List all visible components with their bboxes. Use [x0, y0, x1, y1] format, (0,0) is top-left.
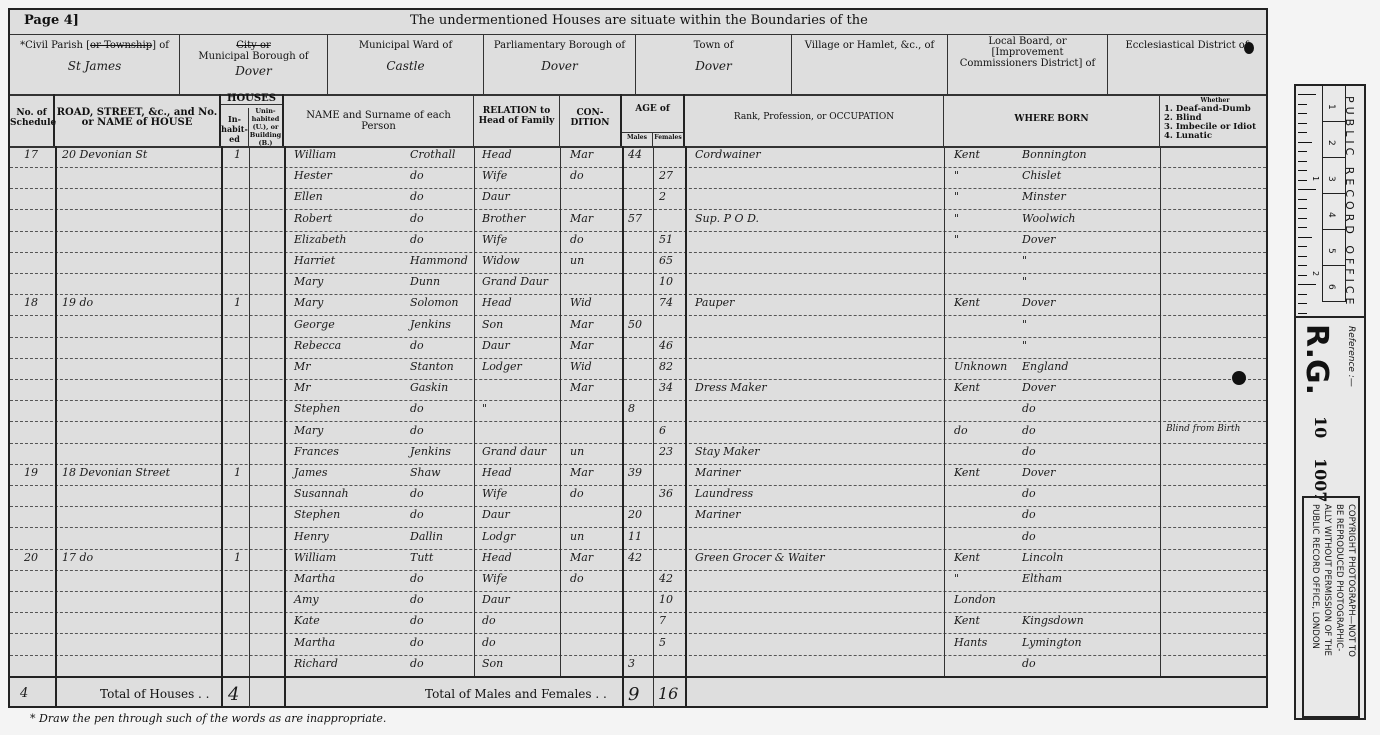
table-row: 1819 do1MarySolomonHeadWid74PauperKentDo…	[10, 294, 1266, 316]
row-surname: do	[410, 636, 424, 649]
row-born-county: Kent	[954, 381, 980, 394]
row-surname: Tutt	[410, 551, 433, 564]
ruler-tick	[1298, 256, 1307, 257]
table-row: HenryDallinLodgrun11do	[10, 528, 1266, 550]
ruler-tick	[1298, 151, 1307, 152]
row-surname: Gaskin	[410, 381, 448, 394]
row-relation: Daur	[482, 339, 510, 352]
table-row: RicharddoSon3do	[10, 655, 1266, 677]
row-forename: Stephen	[294, 402, 340, 415]
boundary-town: Town of Dover	[636, 34, 792, 94]
boundary-value: Castle	[328, 59, 483, 73]
row-surname: do	[410, 233, 424, 246]
row-inhabited: 1	[234, 296, 241, 309]
row-male-age: 11	[628, 530, 642, 543]
row-born-place: do	[1022, 424, 1036, 437]
ruler-tick	[1298, 246, 1307, 247]
reference-piece: 10	[1311, 416, 1330, 438]
row-surname: do	[410, 212, 424, 225]
row-forename: George	[294, 318, 335, 331]
row-female-age: 10	[659, 593, 673, 606]
ruler-tick	[1298, 142, 1312, 143]
row-forename: Ellen	[294, 190, 323, 203]
boundary-label: *Civil Parish [	[20, 40, 90, 51]
row-surname: do	[410, 572, 424, 585]
copyright-notice: COPYRIGHT PHOTOGRAPH—NOT TO BE REPRODUCE…	[1302, 496, 1360, 718]
row-surname: Dunn	[410, 275, 440, 288]
ruler-tick	[1298, 208, 1307, 209]
copyright-line: BE REPRODUCED PHOTOGRAPHIC-	[1334, 504, 1344, 651]
census-rows: 1720 Devonian St1WilliamCrothallHeadMar4…	[10, 146, 1266, 676]
row-female-age: 10	[659, 275, 673, 288]
row-male-age: 3	[628, 657, 635, 670]
row-surname: do	[410, 614, 424, 627]
row-condition: Mar	[570, 339, 593, 352]
row-surname: Jenkins	[410, 445, 451, 458]
row-road: 18 Devonian Street	[62, 466, 170, 479]
table-row: RobertdoBrotherMar57Sup. P O D."Woolwich	[10, 210, 1266, 232]
row-surname: Crothall	[410, 148, 455, 161]
row-condition: Wid	[570, 360, 592, 373]
boundary-label: Parliamentary Borough of	[484, 40, 635, 51]
row-occupation: Laundress	[695, 487, 753, 500]
row-relation: "	[482, 402, 487, 415]
row-born-place: Dover	[1022, 466, 1055, 479]
row-condition: Mar	[570, 551, 593, 564]
row-forename: Harriet	[294, 254, 335, 267]
row-relation: Wife	[482, 169, 507, 182]
ruler-tick	[1298, 113, 1307, 114]
row-born-place: do	[1022, 445, 1036, 458]
row-relation: Lodgr	[482, 530, 515, 543]
row-relation: Grand daur	[482, 445, 546, 458]
row-female-age: 74	[659, 296, 673, 309]
row-surname: Solomon	[410, 296, 458, 309]
row-relation: do	[482, 636, 496, 649]
row-forename: William	[294, 551, 336, 564]
row-male-age: 8	[628, 402, 635, 415]
table-row: MarthadoWifedo42"Eltham	[10, 570, 1266, 592]
archive-reference-strip: 12345612 PUBLIC RECORD OFFICE Reference …	[1294, 84, 1366, 720]
row-born-place: "	[1022, 275, 1027, 288]
ruler-tick	[1298, 313, 1307, 314]
copyright-line: COPYRIGHT PHOTOGRAPH—NOT TO	[1345, 504, 1356, 657]
row-forename: Robert	[294, 212, 332, 225]
column-divider	[55, 146, 57, 708]
ruler-tick	[1298, 294, 1307, 295]
table-row: HesterdoWifedo27"Chislet	[10, 167, 1266, 189]
row-relation: Head	[482, 466, 512, 479]
row-forename: Kate	[294, 614, 320, 627]
header-houses-label: HOUSES	[221, 94, 282, 105]
row-surname: do	[410, 424, 424, 437]
row-surname: do	[410, 657, 424, 670]
table-row: StephendoDaur20Marinerdo	[10, 506, 1266, 528]
table-row: FrancesJenkinsGrand daurun23Stay Makerdo	[10, 443, 1266, 465]
table-row: Katedodo7KentKingsdown	[10, 612, 1266, 634]
row-relation: Wife	[482, 572, 507, 585]
boundary-value: Dover	[180, 64, 327, 78]
table-row: AmydoDaur10London	[10, 591, 1266, 613]
row-occupation: Pauper	[695, 296, 734, 309]
row-male-age: 20	[628, 508, 642, 521]
reference-label: Reference :—	[1346, 326, 1356, 387]
page-number: Page 4]	[24, 13, 79, 28]
row-female-age: 5	[659, 636, 666, 649]
row-relation: Brother	[482, 212, 525, 225]
row-born-place: Dover	[1022, 233, 1055, 246]
row-born-county: Kent	[954, 466, 980, 479]
ruler-inch-label: 2	[1311, 271, 1320, 276]
boundary-label-struck: or Township	[90, 40, 152, 51]
header-age: AGE of Males Females	[622, 94, 685, 146]
header-schedule: No. of Schedule	[10, 94, 55, 146]
row-born-county: London	[954, 593, 996, 606]
boundary-label: ] of	[152, 40, 169, 51]
row-surname: do	[410, 169, 424, 182]
females-total: 16	[658, 684, 678, 703]
header-name: NAME and Surname of each Person	[284, 94, 474, 146]
row-schedule: 20	[24, 551, 38, 564]
totals-row: 4 Total of Houses . . 4 Total of Males a…	[10, 676, 1266, 710]
table-row: MaryDunnGrand Daur10"	[10, 273, 1266, 295]
row-relation: Head	[482, 148, 512, 161]
row-born-place: Bonnington	[1022, 148, 1087, 161]
row-schedule: 18	[24, 296, 38, 309]
header-occupation: Rank, Profession, or OCCUPATION	[685, 94, 944, 146]
row-condition: un	[570, 445, 584, 458]
column-divider	[221, 146, 223, 708]
header-road: ROAD, STREET, &c., and No. or NAME of HO…	[55, 94, 221, 146]
row-born-county: "	[954, 572, 959, 585]
row-relation: Grand Daur	[482, 275, 548, 288]
row-road: 17 do	[62, 551, 93, 564]
persons-total-label: Total of Males and Females . .	[425, 687, 607, 701]
row-surname: do	[410, 339, 424, 352]
boundary-ecclesiastical: Ecclesiastical District of	[1108, 34, 1266, 94]
ruler-tick	[1298, 284, 1316, 285]
ink-blot	[1232, 371, 1246, 385]
header-where-born: WHERE BORN	[944, 94, 1160, 146]
row-born-place: do	[1022, 530, 1036, 543]
row-relation: Daur	[482, 190, 510, 203]
row-condition: do	[570, 487, 584, 500]
ruler-tick	[1298, 227, 1307, 228]
header-uninhabited: Unin-habited (U.), or Building (B.)	[249, 107, 282, 147]
row-occupation: Mariner	[695, 508, 740, 521]
boundary-municipal-ward: Municipal Ward of Castle	[328, 34, 484, 94]
column-divider	[944, 146, 945, 676]
row-relation: Head	[482, 551, 512, 564]
row-forename: James	[294, 466, 328, 479]
row-inhabited: 1	[234, 148, 241, 161]
header-inhabited: In-habit-ed	[221, 108, 249, 146]
row-forename: William	[294, 148, 336, 161]
row-relation: Head	[482, 296, 512, 309]
row-relation: Widow	[482, 254, 520, 267]
row-condition: do	[570, 233, 584, 246]
row-born-place: do	[1022, 657, 1036, 670]
row-inhabited: 1	[234, 466, 241, 479]
row-forename: Rebecca	[294, 339, 341, 352]
column-divider	[284, 146, 286, 708]
row-surname: do	[410, 487, 424, 500]
boundary-value: St James	[10, 59, 179, 73]
row-forename: Mr	[294, 381, 311, 394]
row-born-county: "	[954, 169, 959, 182]
row-surname: do	[410, 402, 424, 415]
houses-total-value: 4	[228, 684, 239, 705]
row-forename: Richard	[294, 657, 338, 670]
row-road: 19 do	[62, 296, 93, 309]
row-occupation: Cordwainer	[695, 148, 761, 161]
boundary-civil-parish: *Civil Parish [or Township] of St James	[10, 34, 180, 94]
row-schedule: 17	[24, 148, 38, 161]
row-female-age: 36	[659, 487, 673, 500]
row-forename: Henry	[294, 530, 329, 543]
reference-series: R.G.	[1299, 324, 1334, 395]
table-row: Marthadodo5HantsLymington	[10, 634, 1266, 656]
row-occupation: Dress Maker	[695, 381, 767, 394]
header-females: Females	[653, 132, 683, 146]
row-male-age: 50	[628, 318, 642, 331]
row-relation: Son	[482, 318, 503, 331]
row-female-age: 42	[659, 572, 673, 585]
column-divider	[560, 146, 561, 676]
row-female-age: 65	[659, 254, 673, 267]
row-occupation: Sup. P O D.	[695, 212, 759, 225]
header-males: Males	[622, 132, 653, 146]
row-forename: Stephen	[294, 508, 340, 521]
table-row: GeorgeJenkinsSonMar50"	[10, 316, 1266, 338]
boundary-label: Town of	[636, 40, 791, 51]
ruler-tick	[1298, 161, 1307, 162]
row-relation: Wife	[482, 233, 507, 246]
ruler-tick	[1298, 132, 1307, 133]
ruler-tick	[1298, 123, 1307, 124]
row-female-age: 2	[659, 190, 666, 203]
row-born-place: do	[1022, 402, 1036, 415]
table-row: EllendoDaur2"Minster	[10, 188, 1266, 210]
row-female-age: 82	[659, 360, 673, 373]
row-born-place: Chislet	[1022, 169, 1061, 182]
row-female-age: 27	[659, 169, 673, 182]
row-occupation: Stay Maker	[695, 445, 759, 458]
row-forename: Elizabeth	[294, 233, 346, 246]
header-relation: RELATION to Head of Family	[474, 94, 560, 146]
row-born-place: "	[1022, 254, 1027, 267]
table-row: RebeccadoDaurMar46"	[10, 337, 1266, 359]
table-row: 1720 Devonian St1WilliamCrothallHeadMar4…	[10, 146, 1266, 168]
row-born-county: Kent	[954, 614, 980, 627]
row-born-place: do	[1022, 487, 1036, 500]
header-houses: HOUSES In-habit-ed Unin-habited (U.), or…	[221, 94, 284, 146]
row-forename: Mr	[294, 360, 311, 373]
row-born-place: do	[1022, 508, 1036, 521]
row-relation: Lodger	[482, 360, 522, 373]
houses-total-label: Total of Houses . .	[100, 687, 210, 701]
ruler-tick	[1298, 180, 1307, 181]
row-born-county: Unknown	[954, 360, 1007, 373]
row-born-county: Kent	[954, 148, 980, 161]
column-divider	[685, 146, 687, 708]
table-row: Marydo6dodoBlind from Birth	[10, 422, 1266, 444]
row-female-age: 46	[659, 339, 673, 352]
boundary-label-struck: City or	[236, 40, 271, 51]
schedules-total: 4	[20, 686, 28, 701]
row-female-age: 6	[659, 424, 666, 437]
header-infirmity: Whether 1. Deaf-and-Dumb 2. Blind 3. Imb…	[1160, 94, 1266, 146]
row-condition: Mar	[570, 466, 593, 479]
ruler-tick	[1298, 237, 1312, 238]
boundary-local-board: Local Board, or [Improvement Commissione…	[948, 34, 1108, 94]
boundary-label: Municipal Ward of	[328, 40, 483, 51]
row-born-place: Woolwich	[1022, 212, 1076, 225]
row-surname: do	[410, 593, 424, 606]
row-female-age: 7	[659, 614, 666, 627]
ruler-tick	[1298, 218, 1307, 219]
boundary-value: Dover	[484, 59, 635, 73]
row-born-place: Dover	[1022, 381, 1055, 394]
ruler-tick	[1298, 94, 1316, 95]
row-surname: do	[410, 190, 424, 203]
title-row: Page 4] The undermentioned Houses are si…	[10, 10, 1266, 35]
row-surname: Dallin	[410, 530, 443, 543]
row-condition: un	[570, 530, 584, 543]
table-row: Stephendo"8do	[10, 400, 1266, 422]
row-condition: un	[570, 254, 584, 267]
header-age-label: AGE of	[622, 94, 683, 114]
table-row: 1918 Devonian Street1JamesShawHeadMar39M…	[10, 464, 1266, 486]
row-relation: Daur	[482, 508, 510, 521]
ruler-tick	[1298, 189, 1316, 190]
column-divider	[249, 146, 250, 708]
row-condition: Mar	[570, 318, 593, 331]
row-born-county: Kent	[954, 551, 980, 564]
column-header-row: No. of Schedule ROAD, STREET, &c., and N…	[10, 94, 1266, 148]
row-born-place: "	[1022, 339, 1027, 352]
header-infirmity-item: 4. Lunatic	[1164, 132, 1266, 141]
row-forename: Mary	[294, 275, 323, 288]
row-born-place: "	[1022, 318, 1027, 331]
column-divider	[622, 146, 624, 708]
ruler-tick	[1298, 265, 1307, 266]
boundary-label: Village or Hamlet, &c., of	[792, 40, 947, 51]
row-surname: Hammond	[410, 254, 468, 267]
table-row: MrGaskinMar34Dress MakerKentDover	[10, 379, 1266, 401]
ruler-tick	[1298, 303, 1307, 304]
row-born-county: "	[954, 190, 959, 203]
table-row: ElizabethdoWifedo51"Dover	[10, 231, 1266, 253]
ruler-inch-label: 1	[1311, 176, 1320, 181]
row-surname: do	[410, 508, 424, 521]
table-row: HarrietHammondWidowun65"	[10, 252, 1266, 274]
row-condition: Mar	[570, 148, 593, 161]
row-forename: Mary	[294, 296, 323, 309]
row-born-county: Hants	[954, 636, 987, 649]
row-condition: do	[570, 572, 584, 585]
row-surname: Shaw	[410, 466, 441, 479]
row-surname: Jenkins	[410, 318, 451, 331]
row-forename: Frances	[294, 445, 339, 458]
column-divider	[1160, 146, 1161, 676]
header-condition: CON-DITION	[560, 94, 622, 146]
ruler-tick	[1298, 275, 1307, 276]
row-male-age: 44	[628, 148, 642, 161]
row-relation: Wife	[482, 487, 507, 500]
row-forename: Hester	[294, 169, 332, 182]
row-born-county: "	[954, 212, 959, 225]
row-condition: Wid	[570, 296, 592, 309]
row-relation: do	[482, 614, 496, 627]
row-female-age: 34	[659, 381, 673, 394]
ruler-tick	[1298, 104, 1307, 105]
row-road: 20 Devonian St	[62, 148, 147, 161]
boundary-parliamentary-borough: Parliamentary Borough of Dover	[484, 34, 636, 94]
row-born-place: Lincoln	[1022, 551, 1063, 564]
row-schedule: 19	[24, 466, 38, 479]
row-forename: Martha	[294, 572, 335, 585]
row-relation: Daur	[482, 593, 510, 606]
table-row: MrStantonLodgerWid82UnknownEngland	[10, 358, 1266, 380]
boundary-label: Local Board, or [Improvement Commissione…	[948, 36, 1107, 69]
row-forename: Amy	[294, 593, 319, 606]
row-forename: Susannah	[294, 487, 349, 500]
office-name: PUBLIC RECORD OFFICE	[1343, 96, 1356, 309]
row-infirmity: Blind from Birth	[1166, 424, 1240, 434]
row-female-age: 23	[659, 445, 673, 458]
row-born-county: do	[954, 424, 968, 437]
row-inhabited: 1	[234, 551, 241, 564]
footnote: * Draw the pen through such of the words…	[30, 712, 386, 725]
boundary-label: Ecclesiastical District of	[1108, 40, 1266, 51]
census-enumeration-page: Page 4] The undermentioned Houses are si…	[8, 8, 1268, 708]
row-born-place: Kingsdown	[1022, 614, 1084, 627]
row-male-age: 42	[628, 551, 642, 564]
row-condition: Mar	[570, 381, 593, 394]
ruler-tick	[1298, 170, 1307, 171]
row-condition: Mar	[570, 212, 593, 225]
row-born-county: Kent	[954, 296, 980, 309]
row-born-place: Dover	[1022, 296, 1055, 309]
ruler-tick	[1298, 199, 1307, 200]
row-surname: Stanton	[410, 360, 454, 373]
boundary-village: Village or Hamlet, &c., of	[792, 34, 948, 94]
males-total: 9	[628, 684, 639, 705]
table-row: 2017 do1WilliamTuttHeadMar42Green Grocer…	[10, 549, 1266, 571]
page-title: The undermentioned Houses are situate wi…	[410, 13, 868, 28]
column-divider	[474, 146, 475, 676]
row-born-county: "	[954, 233, 959, 246]
boundaries-row: *Civil Parish [or Township] of St James …	[10, 34, 1266, 96]
table-row: SusannahdoWifedo36Laundressdo	[10, 485, 1266, 507]
row-relation: Son	[482, 657, 503, 670]
row-occupation: Mariner	[695, 466, 740, 479]
row-born-place: England	[1022, 360, 1068, 373]
ink-blot	[1244, 42, 1254, 54]
boundary-label: Municipal Borough of	[198, 51, 308, 62]
row-born-place: Minster	[1022, 190, 1066, 203]
row-forename: Martha	[294, 636, 335, 649]
row-male-age: 57	[628, 212, 642, 225]
row-female-age: 51	[659, 233, 673, 246]
row-occupation: Green Grocer & Waiter	[695, 551, 825, 564]
row-condition: do	[570, 169, 584, 182]
boundary-value: Dover	[636, 59, 791, 73]
copyright-line: ALLY WITHOUT PERMISSION OF THE	[1322, 504, 1332, 656]
copyright-line: PUBLIC RECORD OFFICE, LONDON	[1310, 504, 1320, 649]
row-forename: Mary	[294, 424, 323, 437]
